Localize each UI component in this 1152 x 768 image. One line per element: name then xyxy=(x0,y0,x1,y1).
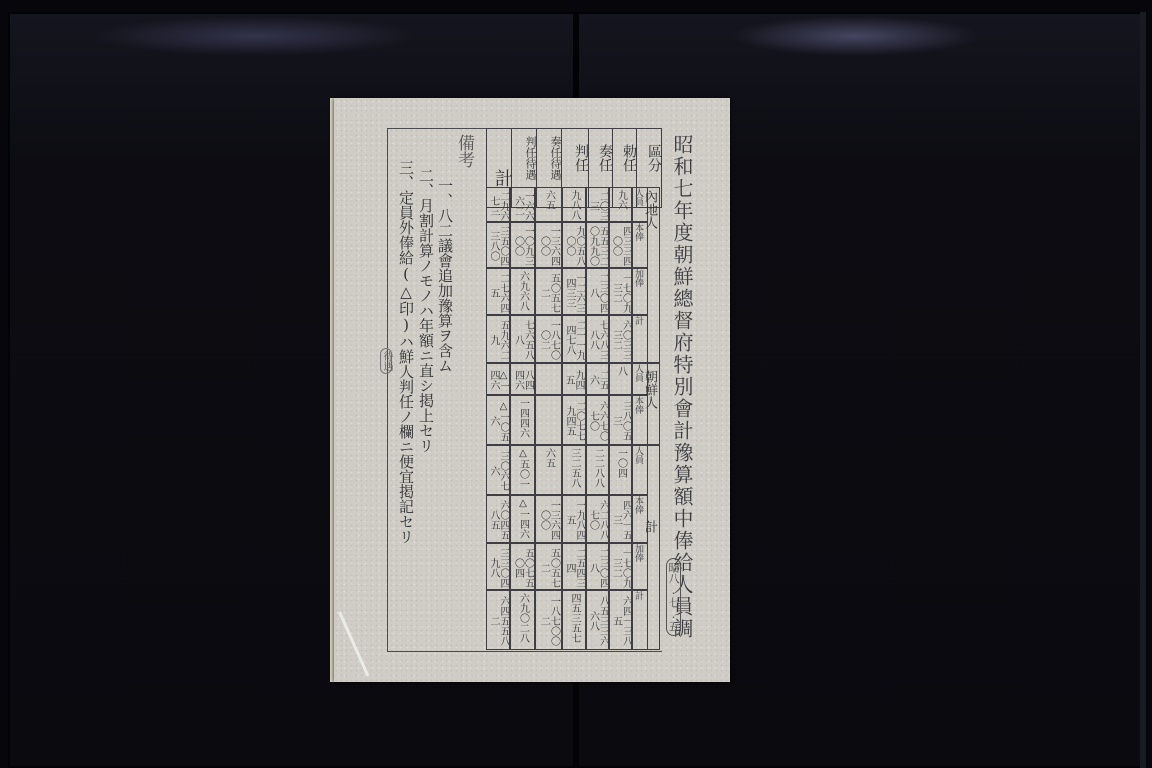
cell-value: 一八七〇〇二 xyxy=(539,318,559,362)
cell-value: △一〇五六 xyxy=(488,398,508,444)
cell-value: 六六七〇七〇 xyxy=(588,398,608,444)
row-label: 奏任 xyxy=(598,129,612,187)
cell-value: 一六六六二 xyxy=(513,190,533,221)
table-cell: 二二八八 xyxy=(586,445,609,495)
row-label: 勅任 xyxy=(622,129,636,187)
column-sublabel: 本俸 xyxy=(633,223,642,241)
table-body: 人員九六二〇三三九八八六五一六六六二二九六七三本俸四三三四〇〇五五三二〇九九〇九… xyxy=(486,187,659,650)
table-cell: 二〇七七九四五 xyxy=(562,395,586,445)
cell-value: 二三〇四八 xyxy=(588,546,608,589)
marginal-note: 待遇 xyxy=(380,348,392,374)
table-cell: 一七〇九三二 xyxy=(609,268,632,315)
table-cell: 八四四六 xyxy=(510,363,535,395)
column-sublabel: 本俸 xyxy=(633,396,642,414)
table-cell: 一二六三四三三 xyxy=(562,268,586,315)
cell-value: 五九六二九 xyxy=(488,318,508,362)
table-cell: 一四四六 xyxy=(510,395,535,445)
column-sublabel-cell: 加俸 xyxy=(632,543,648,590)
row-label: 奏任待遇 xyxy=(550,129,561,187)
column-sublabel: 人員 xyxy=(633,446,642,464)
table-cell: 六二八八七〇 xyxy=(586,495,609,543)
column-sublabel-cell: 加俸 xyxy=(632,268,648,315)
cell-value: 六四一三八五 xyxy=(611,593,631,649)
column-sublabel: 本俸 xyxy=(633,496,642,514)
row-label: 判任 xyxy=(574,129,588,187)
cell-value: 六五 xyxy=(544,448,554,468)
table-cell: 五〇五七二 xyxy=(535,543,562,590)
cell-value: 八 xyxy=(616,366,626,376)
column-sublabel-cell: 計 xyxy=(632,315,648,363)
cell-value: 二一一九四七八 xyxy=(564,318,584,362)
cell-value: 三三〇四九八 xyxy=(488,546,508,589)
table-cell: 五五三二〇九九〇 xyxy=(586,222,609,268)
cell-value: △一四六 xyxy=(518,498,528,539)
table-cell: 一八七〇〇二 xyxy=(535,590,562,650)
date-stamp: 昭八.七.五 xyxy=(666,558,681,636)
column-sublabel-cell: 計 xyxy=(632,590,648,650)
table-cell: 一九八四五 xyxy=(562,495,586,543)
cell-value: 二〇三三 xyxy=(588,190,608,221)
remark-item: 三、定員外俸給(△印)ハ鮮人判任ノ欄ニ便宜掲記セリ xyxy=(398,160,413,544)
cell-value: 三二五八 xyxy=(569,448,579,488)
table-cell: 三〇六七六 xyxy=(486,445,510,495)
table-cell: 一八七〇〇二 xyxy=(535,315,562,363)
table-cell: 五〇五七二 xyxy=(535,268,562,315)
table-cell: 八 xyxy=(609,363,632,395)
table-cell: △一四六 xyxy=(486,363,510,395)
cell-value: 六四五五八二 xyxy=(488,593,508,649)
table-cell: 三五〇四三八〇 xyxy=(486,222,510,268)
cell-value: △五〇一 xyxy=(518,448,528,489)
table-cell: 五〇七五〇四 xyxy=(510,543,535,590)
table-cell: 五九六二九 xyxy=(486,315,510,363)
table-cell: 四五三五七 xyxy=(562,590,586,650)
group-label-total: 計 xyxy=(643,520,656,533)
cell-value: 二七六四五 xyxy=(488,271,508,314)
cell-value: 一〇四 xyxy=(616,448,626,478)
column-group-bracket xyxy=(648,445,660,650)
table-cell: △五〇一 xyxy=(510,445,535,495)
table-cell: 六四五五八二 xyxy=(486,590,510,650)
table-cell: 六〇四五八五 xyxy=(486,495,510,543)
table-cell: 二三〇四八 xyxy=(586,268,609,315)
remarks-heading: 備考 xyxy=(455,134,472,168)
table-cell: 四六一五三 xyxy=(609,495,632,543)
column-sublabel-cell: 本俸 xyxy=(632,495,648,543)
table-cell: 六五 xyxy=(535,187,562,222)
table-cell: 一三六四〇〇 xyxy=(535,495,562,543)
table-cell: 二〇七七九四五 xyxy=(562,363,586,395)
cell-value: 四六一五三 xyxy=(611,498,631,542)
cell-value: 六〇四五八五 xyxy=(488,498,508,542)
cell-value: 二〇七七九四五 xyxy=(564,398,584,444)
table-cell: 一三六四〇〇 xyxy=(535,222,562,268)
table-cell: 六九六八 xyxy=(510,268,535,315)
table-cell: 二五四三四 xyxy=(562,543,586,590)
cell-value: 六九六八 xyxy=(518,271,528,311)
cell-value: 四五三五七 xyxy=(569,593,579,643)
cell-value: 七六八三八八 xyxy=(588,318,608,362)
table-cell: 二五六 xyxy=(586,363,609,395)
cell-value: 三八〇五三 xyxy=(611,398,631,444)
table-cell: 二〇三三 xyxy=(586,187,609,222)
frame-edge xyxy=(1140,12,1146,768)
cell-value: 六二八八七〇 xyxy=(588,498,608,542)
table-cell: 二七六四五 xyxy=(486,268,510,315)
cell-value: 八五三三六六八 xyxy=(588,593,608,649)
cell-value: 六九〇二八 xyxy=(518,593,528,643)
group-label-naichijin: 內地人 xyxy=(643,190,656,229)
row-label: 判任待遇 xyxy=(525,129,536,187)
table-cell: 九六 xyxy=(609,187,632,222)
cell-value: 一四四六 xyxy=(518,398,528,438)
table-cell: △一四六 xyxy=(510,495,535,543)
table-cell: 一〇九三〇〇 xyxy=(510,222,535,268)
cell-value: 一〇九三〇〇 xyxy=(513,225,533,267)
column-sublabel: 計 xyxy=(633,591,642,600)
table-cell: 九八八 xyxy=(562,187,586,222)
cell-value: 六〇三三三二 xyxy=(611,318,631,362)
table-cell: 一七〇九三二 xyxy=(609,543,632,590)
cell-value: 一八七〇〇二 xyxy=(539,593,559,649)
table-cell: 八五三三六六八 xyxy=(586,590,609,650)
cell-value: 二二八八 xyxy=(593,448,603,488)
cell-value: 九〇五八〇〇 xyxy=(564,225,584,267)
remark-item: 二、月割計算ノモノハ年額ニ直シ掲上セリ xyxy=(418,168,433,453)
table-cell: 一〇四 xyxy=(609,445,632,495)
row-header-label: 區分 xyxy=(647,129,661,187)
cell-value: 一七〇九三二 xyxy=(611,271,631,314)
light-reflection xyxy=(730,16,980,56)
remark-item: 一、八二議會追加豫算ヲ含ム xyxy=(437,178,452,373)
column-sublabel-cell: 人員 xyxy=(632,445,648,495)
cell-value: 一二六三四三三 xyxy=(564,271,584,314)
cell-value: 四三三四〇〇 xyxy=(611,225,631,267)
table-cell xyxy=(535,395,562,445)
column-sublabel: 人員 xyxy=(633,364,642,382)
table-cell: 六四一三八五 xyxy=(609,590,632,650)
light-reflection xyxy=(90,16,420,56)
cell-value: △一四六 xyxy=(488,366,508,394)
cell-value: 九八八 xyxy=(569,190,579,220)
cell-value: 八四四六 xyxy=(513,366,533,394)
table-cell: 三二五八 xyxy=(562,445,586,495)
table-cell: 二一一九四七八 xyxy=(562,315,586,363)
table-cell: 六九〇二八 xyxy=(510,590,535,650)
table-cell: 三三〇四九八 xyxy=(486,543,510,590)
table-cell: 六五 xyxy=(535,445,562,495)
column-sublabel: 加俸 xyxy=(633,269,642,287)
cell-value: 九六 xyxy=(616,190,626,210)
cell-value: 三〇六七六 xyxy=(488,448,508,494)
cell-value: 五五三二〇九九〇 xyxy=(588,225,608,267)
table-cell: △一〇五六 xyxy=(486,395,510,445)
cell-value: 一三六四〇〇 xyxy=(539,498,559,542)
table-cell: 二三〇四八 xyxy=(586,543,609,590)
table-cell xyxy=(535,363,562,395)
column-sublabel: 人員 xyxy=(633,188,642,206)
column-sublabel: 計 xyxy=(633,316,642,325)
table-cell: 七六八三八八 xyxy=(586,315,609,363)
cell-value: 一九八四五 xyxy=(564,498,584,542)
cell-value: 二五六 xyxy=(588,366,608,394)
cell-value: 五〇五七二 xyxy=(539,546,559,589)
cell-value: 一七〇九三二 xyxy=(611,546,631,589)
table-cell: 六〇三三三二 xyxy=(609,315,632,363)
cell-value: 二九六七三 xyxy=(488,190,508,221)
cell-value: 二〇七七九四五 xyxy=(563,366,586,394)
column-sublabel: 加俸 xyxy=(633,544,642,562)
table-cell: 二九六七三 xyxy=(486,187,510,222)
table-cell: 三八〇五三 xyxy=(609,395,632,445)
cell-value: 三五〇四三八〇 xyxy=(488,225,508,267)
cell-value: 六五 xyxy=(544,190,554,210)
cell-value: 二三〇四八 xyxy=(588,271,608,314)
cell-value: 五〇七五〇四 xyxy=(513,546,533,589)
table-cell: 四三三四〇〇 xyxy=(609,222,632,268)
table-cell: 七六五八八 xyxy=(510,315,535,363)
table-cell: 九〇五八〇〇 xyxy=(562,222,586,268)
cell-value: 二五四三四 xyxy=(564,546,584,589)
cell-value: 七六五八八 xyxy=(513,318,533,362)
cell-value: 一三六四〇〇 xyxy=(539,225,559,267)
cell-value: 五〇五七二 xyxy=(539,271,559,314)
table-cell: 一六六六二 xyxy=(510,187,535,222)
table-cell: 六六七〇七〇 xyxy=(586,395,609,445)
group-label-chosenjin: 朝鮮人 xyxy=(643,370,656,409)
